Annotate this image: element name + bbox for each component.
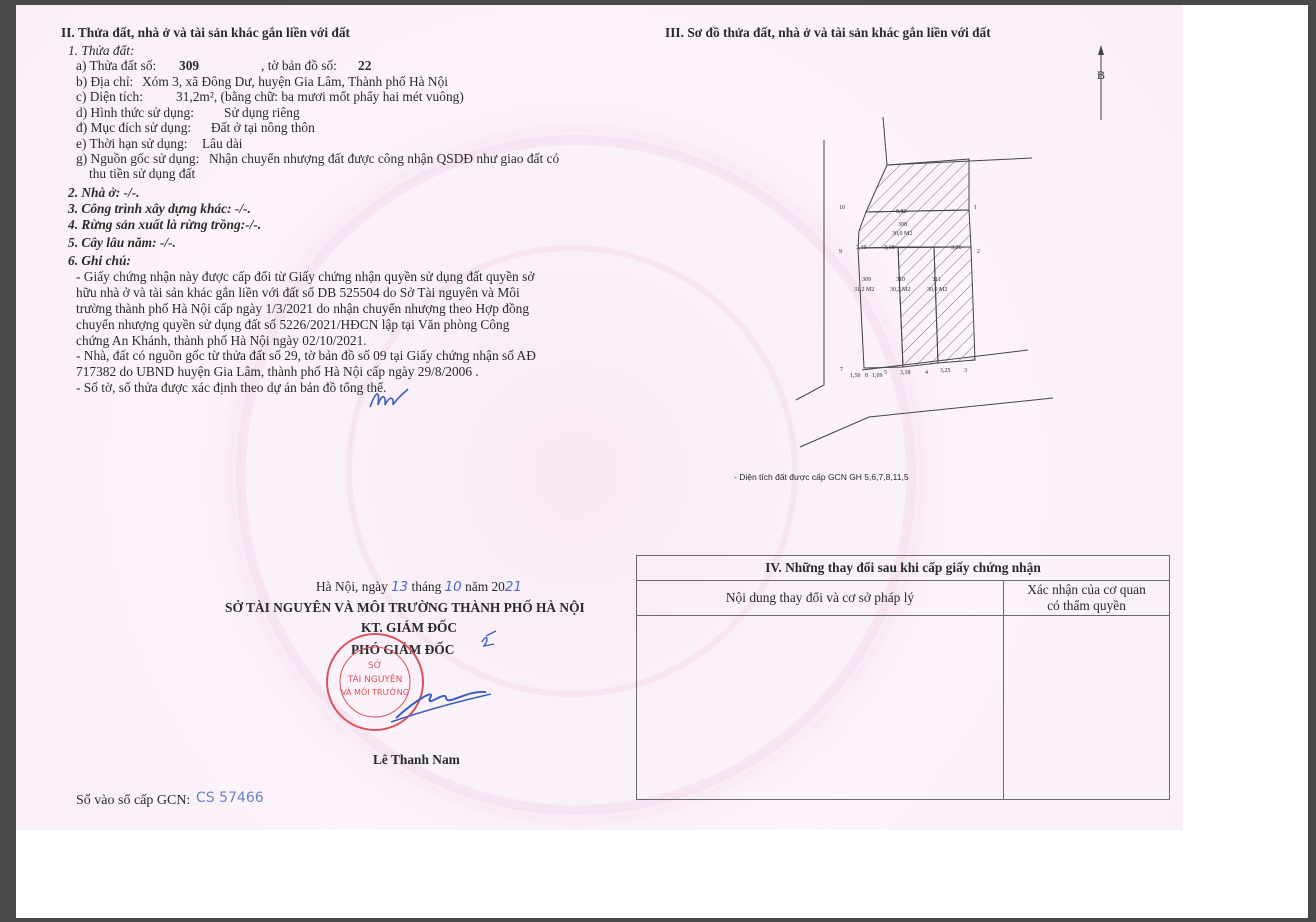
diagram-note: - Diện tích đất được cấp GCN GH 5,6,7,8,… [734,470,909,485]
section-4-title: IV. Những thay đổi sau khi cấp giấy chứn… [637,556,1170,581]
origin-value-line1: Nhận chuyển nhượng đất được công nhận QS… [209,151,559,166]
authority-header-line1: Xác nhận của cơ quan [1004,582,1169,598]
dimension-label: 1,50 [850,369,861,384]
note-line: chuyển nhượng quyền sử dụng đất số 5226/… [76,317,509,332]
point-label: 5 [884,366,887,381]
dimension-label: 3,26 [951,241,962,256]
date-year: 21 [505,580,522,595]
address-label: b) Địa chỉ: [76,74,133,89]
point-label: 7 [840,363,843,378]
dimension-label: 8,82 [896,205,907,220]
dimension-label: 1,69 [872,369,883,384]
column-header-change-content: Nội dung thay đổi và cơ sở pháp lý [637,581,1004,616]
forest-item: 4. Rừng sản xuất là rừng trồng:-/-. [68,217,261,232]
house-item: 2. Nhà ở: -/-. [68,185,140,200]
point-label: 8 [865,369,868,384]
date-month: 10 [445,580,462,595]
purpose-value: Đất ở tại nông thôn [211,120,315,135]
dimension-label: 3,19 [856,241,867,256]
point-label: 3 [964,364,967,379]
column-header-authority-confirmation: Xác nhận của cơ quan có thẩm quyền [1004,581,1170,616]
dimension-label: 3,25 [940,364,951,379]
note-line: hữu nhà ở và tài sản khác gắn liền với đ… [76,285,520,300]
handwritten-signature-icon [386,630,496,725]
date-month-label: tháng [412,579,442,594]
registry-label: Số vào sổ cấp GCN: [76,793,190,808]
usage-form-value: Sử dụng riêng [224,105,300,120]
origin-value-line2: thu tiền sử dụng đất [89,166,195,181]
area-value: 31,2m², (bằng chữ: ba mươi mốt phẩy hai … [176,89,464,104]
map-sheet-label: , tờ bản đồ số: [261,58,337,73]
notes-heading: 6. Ghi chú: [68,253,131,268]
dimension-label: 3,18 [884,241,895,256]
parcel-311-area: 30,0 M2 [927,283,947,298]
map-sheet-number: 22 [358,58,371,73]
term-label: e) Thời hạn sử dụng: [76,136,188,151]
note-line: 717382 do UBND huyện Gia Lâm, thành phố … [76,364,479,379]
term-value: Lâu dài [202,136,243,151]
purpose-label: đ) Mục đích sử dụng: [76,120,191,135]
authority-confirmation-cell [1004,616,1170,800]
changes-table: IV. Những thay đổi sau khi cấp giấy chứn… [636,555,1170,800]
date-day: 13 [391,580,408,595]
parcel-308-area: 30,0 M2 [892,227,912,242]
note-line: - Số tờ, số thửa được xác định theo dự á… [76,380,386,395]
note-line: trường thành phố Hà Nội cấp ngày 1/3/202… [76,301,529,316]
registry-value: CS 57466 [196,791,264,806]
parcel-310-area: 30,2 M2 [890,283,910,298]
point-label: 2 [977,245,980,260]
authority-header-line2: có thẩm quyền [1004,598,1169,614]
date-prefix: Hà Nội, ngày [316,579,388,594]
certificate-page: II. Thửa đất, nhà ở và tài sản khác gắn … [16,5,1308,918]
address-value: Xóm 3, xã Đông Dư, huyện Gia Lâm, Thành … [142,74,448,89]
parcel-number: 309 [179,58,199,73]
point-label: 9 [839,245,842,260]
date-year-label: năm 20 [465,579,505,594]
change-content-cell [637,616,1004,800]
svg-text:SỞ: SỞ [368,659,382,671]
dimension-label: 3,18 [900,366,911,381]
point-label: 10 [839,201,845,216]
issuing-agency: SỞ TÀI NGUYÊN VÀ MÔI TRƯỜNG THÀNH PHỐ HÀ… [225,600,585,615]
parcel-309-area: 31,2 M2 [854,283,874,298]
point-label: 1 [974,201,977,216]
section-2-title: II. Thửa đất, nhà ở và tài sản khác gắn … [61,25,350,40]
perennial-item: 5. Cây lâu năm: -/-. [68,235,176,250]
section-3-title: III. Sơ đồ thửa đất, nhà ở và tài sản kh… [665,25,991,40]
point-label: 4 [925,366,928,381]
land-heading: 1. Thửa đất: [68,43,134,58]
issue-date: Hà Nội, ngày 13 tháng 10 năm 2021 [316,579,522,595]
note-line: - Nhà, đất có nguồn gốc từ thửa đất số 2… [76,348,536,363]
other-construction-item: 3. Công trình xây dựng khác: -/-. [68,201,251,216]
parcel-label: a) Thửa đất số: [76,58,156,73]
area-label: c) Diện tích: [76,89,143,104]
signer-name: Lê Thanh Nam [373,752,460,767]
north-label: B [1097,68,1105,83]
usage-form-label: d) Hình thức sử dụng: [76,105,194,120]
origin-label: g) Nguồn gốc sử dụng: [76,151,199,166]
note-line: - Giấy chứng nhận này được cấp đổi từ Gi… [76,269,534,284]
note-line: chứng An Khánh, thành phố Hà Nội ngày 02… [76,333,367,348]
initial-signature-icon [366,383,411,413]
